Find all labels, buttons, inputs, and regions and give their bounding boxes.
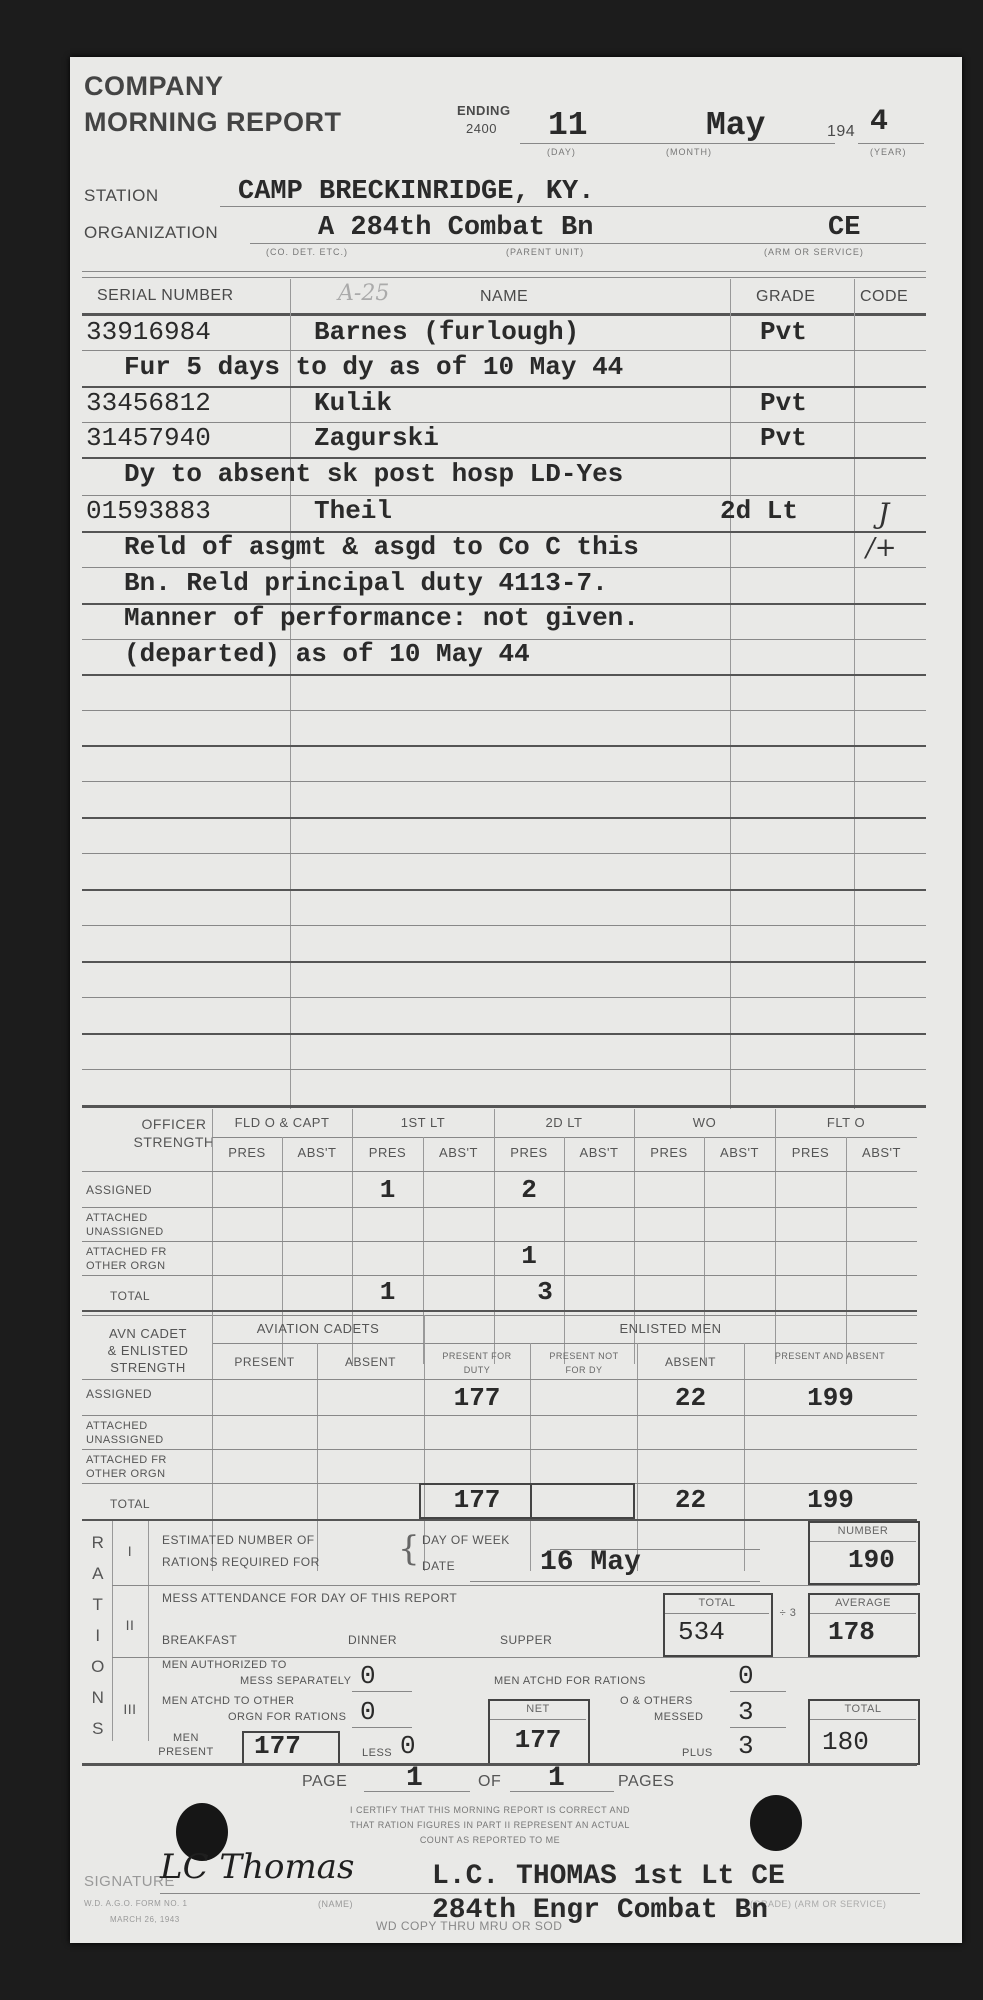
men-authorized-label-1: MEN AUTHORIZED TO (162, 1659, 287, 1671)
sub-pres: PRES (494, 1145, 564, 1160)
aviation-cadets-header: AVIATION CADETS (212, 1321, 424, 1336)
number-label: NUMBER (810, 1525, 916, 1537)
name-caption: (NAME) (318, 1899, 353, 1909)
group-1st-lt: 1ST LT (352, 1115, 494, 1130)
station-value: CAMP BRECKINRIDGE, KY. (238, 177, 594, 207)
of-label: OF (478, 1773, 501, 1791)
average-label: AVERAGE (810, 1597, 916, 1609)
col-absent: ABSENT (637, 1355, 744, 1369)
group-flt-o: FLT O (775, 1115, 917, 1130)
pages-label: PAGES (618, 1773, 674, 1791)
plus-label: PLUS (682, 1747, 713, 1759)
row-label-attached-fr-other: ATTACHED FR OTHER ORGN (86, 1453, 210, 1481)
col-cadets-present: PRESENT (212, 1355, 317, 1369)
remark-line: (departed) as of 10 May 44 (124, 639, 530, 669)
certification-text: I CERTIFY THAT THIS MORNING REPORT IS CO… (270, 1803, 710, 1848)
copy-note: WD COPY THRU MRU OR SOD (376, 1919, 562, 1933)
sub-abst: ABS'T (282, 1145, 352, 1160)
row-label-assigned: ASSIGNED (86, 1183, 152, 1197)
officer-2d-lt-total: 3 (510, 1277, 580, 1307)
col-present-and-absent: PRESENT AND ABSENT (770, 1349, 890, 1363)
sub-pres: PRES (212, 1145, 282, 1160)
soldier-name: Theil (314, 496, 392, 526)
ending-label: ENDING (457, 103, 511, 118)
date-label: DATE (422, 1559, 455, 1573)
day-of-week-label: DAY OF WEEK (422, 1533, 510, 1547)
mess-total-value: 534 (678, 1617, 725, 1647)
form-date: MARCH 26, 1943 (110, 1915, 180, 1924)
row-label-attached-fr-other: ATTACHED FR OTHER ORGN (86, 1245, 210, 1273)
officer-2d-lt-attached: 1 (494, 1241, 564, 1271)
report-day: 11 (548, 107, 588, 144)
rations-total-label: TOTAL (810, 1703, 916, 1715)
report-year-digit: 4 (870, 105, 888, 139)
others-messed-label-1: O & OTHERS (620, 1695, 693, 1707)
men-atchd-for-rations-label: MEN ATCHD FOR RATIONS (494, 1675, 646, 1687)
men-authorized-label-2: MESS SEPARATELY (240, 1675, 351, 1687)
ration-date: 16 May (540, 1547, 641, 1578)
remark-line: Bn. Reld principal duty 4113-7. (124, 568, 608, 598)
enlisted-absent-total: 22 (637, 1485, 744, 1515)
soldier-name: Kulik (314, 388, 392, 418)
group-2d-lt: 2D LT (494, 1115, 634, 1130)
men-atchd-other-label-1: MEN ATCHD TO OTHER (162, 1695, 294, 1707)
enlisted-present-for-duty-total: 177 (424, 1485, 530, 1515)
organization-value: A 284th Combat Bn (318, 213, 593, 243)
enlisted-present-for-duty-assigned: 177 (424, 1383, 530, 1413)
row-label-assigned: ASSIGNED (86, 1387, 152, 1401)
mess-total-label: TOTAL (665, 1597, 769, 1609)
parent-unit-caption: (PARENT UNIT) (506, 247, 584, 257)
soldier-name: Barnes (furlough) (314, 317, 579, 347)
brace-icon: { (398, 1529, 420, 1569)
part-iii-label: III (112, 1701, 148, 1717)
year-prefix: 194 (827, 123, 855, 141)
divide-by-three: ÷ 3 (772, 1603, 804, 1623)
page-label: PAGE (302, 1773, 347, 1791)
serial-number: 33916984 (86, 317, 211, 347)
soldier-grade: 2d Lt (720, 496, 798, 526)
organization-label: ORGANIZATION (84, 223, 218, 243)
arm-service-value: CE (828, 213, 860, 243)
rations-required-label: RATIONS REQUIRED FOR (162, 1555, 320, 1569)
serial-number: 01593883 (86, 496, 211, 526)
soldier-grade: Pvt (760, 423, 807, 453)
col-present-not-for-dy: PRESENT NOT FOR DY (540, 1349, 628, 1377)
code-value: J (878, 497, 889, 530)
mess-attendance-label: MESS ATTENDANCE FOR DAY OF THIS REPORT (162, 1591, 457, 1605)
net-value: 177 (490, 1725, 586, 1755)
sub-pres: PRES (775, 1145, 846, 1160)
rations-total-value: 180 (822, 1727, 869, 1757)
sub-pres: PRES (634, 1145, 704, 1160)
men-atchd-other-label-2: ORGN FOR RATIONS (228, 1711, 346, 1723)
enlisted-present-and-absent-assigned: 199 (744, 1383, 917, 1413)
year-caption: (YEAR) (870, 147, 907, 157)
total-pages: 1 (548, 1763, 565, 1794)
estimated-number-label: ESTIMATED NUMBER OF (162, 1533, 315, 1547)
part-i-label: I (112, 1543, 148, 1559)
sub-abst: ABS'T (564, 1145, 634, 1160)
arm-caption: (ARM OR SERVICE) (764, 247, 864, 257)
enlisted-men-header: ENLISTED MEN (424, 1321, 917, 1336)
form-number: W.D. A.G.O. FORM NO. 1 (84, 1899, 187, 1908)
signer-name-grade: L.C. THOMAS 1st Lt CE (432, 1861, 785, 1892)
men-atchd-other-value: 0 (360, 1697, 376, 1727)
remark-line: Fur 5 days to dy as of 10 May 44 (124, 352, 623, 382)
col-present-for-duty: PRESENT FOR DUTY (434, 1349, 520, 1377)
form-title-line1: COMPANY (84, 71, 224, 102)
handwritten-note: A-25 (338, 281, 389, 306)
group-fld-o-capt: FLD O & CAPT (212, 1115, 352, 1130)
men-present-label: MEN PRESENT (150, 1731, 222, 1759)
row-label-attached-unassigned: ATTACHED UNASSIGNED (86, 1211, 210, 1239)
officer-1st-lt-assigned: 1 (352, 1175, 423, 1205)
plus-value: 3 (738, 1731, 754, 1761)
enlisted-absent-assigned: 22 (637, 1383, 744, 1413)
grade-caption: (GRADE) (ARM OR SERVICE) (750, 1899, 886, 1909)
report-month: May (706, 107, 765, 144)
officer-1st-lt-total: 1 (352, 1277, 423, 1307)
row-label-total: TOTAL (110, 1289, 150, 1303)
handwritten-mark: /+ (866, 533, 897, 563)
soldier-grade: Pvt (760, 317, 807, 347)
less-value: 0 (400, 1731, 416, 1761)
men-atchd-for-rations-value: 0 (738, 1661, 754, 1691)
breakfast-label: BREAKFAST (162, 1633, 237, 1647)
morning-report-form: COMPANY MORNING REPORT ENDING 2400 11 Ma… (70, 57, 962, 1943)
supper-label: SUPPER (500, 1633, 552, 1647)
ending-time: 2400 (466, 121, 497, 136)
others-messed-value: 3 (738, 1697, 754, 1727)
average-value: 178 (828, 1617, 875, 1647)
remark-line: Reld of asgmt & asgd to Co C this (124, 532, 639, 562)
serial-number: 33456812 (86, 388, 211, 418)
serial-number-header: SERIAL NUMBER (97, 287, 234, 305)
month-caption: (MONTH) (666, 147, 712, 157)
ration-number-value: 190 (848, 1545, 895, 1575)
officer-2d-lt-assigned: 2 (494, 1175, 564, 1205)
grade-header: GRADE (756, 288, 815, 306)
station-label: STATION (84, 186, 159, 206)
code-header: CODE (860, 288, 908, 306)
rations-side-label: R A T I O N S (84, 1527, 112, 1744)
name-header: NAME (480, 288, 528, 306)
remark-line: Manner of performance: not given. (124, 603, 639, 633)
page-number: 1 (406, 1763, 423, 1794)
sub-abst: ABS'T (423, 1145, 494, 1160)
row-label-attached-unassigned: ATTACHED UNASSIGNED (86, 1419, 210, 1447)
less-label: LESS (362, 1747, 392, 1759)
group-wo: WO (634, 1115, 775, 1130)
form-title-line2: MORNING REPORT (84, 107, 342, 138)
punch-hole-right (750, 1795, 802, 1851)
sub-abst: ABS'T (704, 1145, 775, 1160)
serial-number: 31457940 (86, 423, 211, 453)
others-messed-label-2: MESSED (654, 1711, 703, 1723)
remark-line: Dy to absent sk post hosp LD-Yes (124, 459, 623, 489)
part-ii-label: II (112, 1617, 148, 1633)
dinner-label: DINNER (348, 1633, 397, 1647)
sub-pres: PRES (352, 1145, 423, 1160)
enlisted-strength-title: AVN CADET & ENLISTED STRENGTH (84, 1325, 212, 1376)
men-authorized-value: 0 (360, 1661, 376, 1691)
sub-abst: ABS'T (846, 1145, 917, 1160)
soldier-name: Zagurski (314, 423, 439, 453)
co-caption: (CO. DET. ETC.) (266, 247, 348, 257)
handwritten-signature: LC Thomas (160, 1847, 354, 1887)
enlisted-present-and-absent-total: 199 (744, 1485, 917, 1515)
col-cadets-absent: ABSENT (317, 1355, 424, 1369)
men-present-value: 177 (254, 1731, 301, 1761)
soldier-grade: Pvt (760, 388, 807, 418)
net-label: NET (490, 1703, 586, 1715)
row-label-total: TOTAL (110, 1497, 150, 1511)
day-caption: (DAY) (547, 147, 576, 157)
